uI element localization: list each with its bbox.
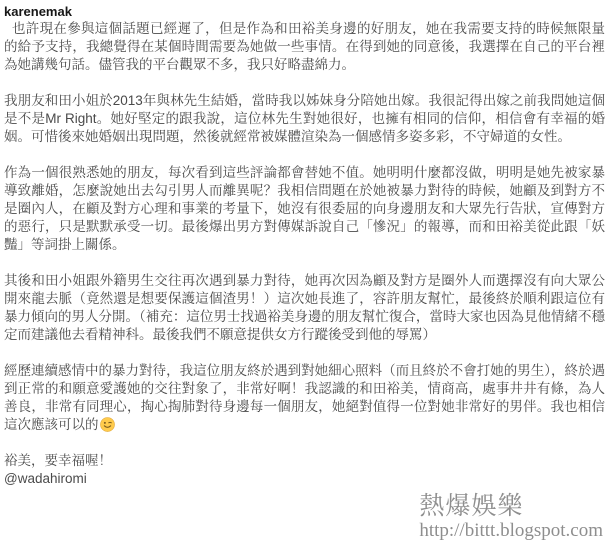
post-paragraph: 也許現在參與這個話題已經遲了，但是作為和田裕美身邊的好朋友，她在我需要支持的時候… — [4, 20, 605, 74]
post-author[interactable]: karenemak — [4, 3, 605, 20]
mention-handle[interactable]: @wadahiromi — [4, 471, 87, 486]
watermark-site-url: http://bittt.blogspot.com — [419, 520, 603, 541]
signoff-block: 裕美，要幸福喔！ @wadahiromi — [4, 452, 605, 488]
post-page: karenemak 也許現在參與這個話題已經遲了，但是作為和田裕美身邊的好朋友，… — [0, 0, 608, 543]
post-paragraph: 其後和田小姐跟外籍男生交往再次遇到暴力對待，她再次因為顧及對方是圈外人而選擇沒有… — [4, 272, 605, 344]
post-paragraph-text: 經歷連續感情中的暴力對待，我這位朋友終於遇到對她細心照料（而且終於不會打她的男生… — [4, 363, 605, 432]
post-paragraph: 作為一個很熟悉她的朋友，每次看到這些評論都會替她不值。她明明什麼都沒做，明明是她… — [4, 164, 605, 254]
signoff-text: 裕美，要幸福喔！ — [4, 453, 112, 468]
watermark: 熱爆娛樂 http://bittt.blogspot.com — [419, 494, 603, 541]
wink-smiley-emoji-icon — [100, 417, 115, 432]
post-body: karenemak 也許現在參與這個話題已經遲了，但是作為和田裕美身邊的好朋友，… — [0, 0, 608, 488]
watermark-site-name: 熱爆娛樂 — [419, 494, 603, 520]
post-paragraph: 我朋友和田小姐於2013年與林先生結婚，當時我以姊妹身分陪她出嫁。我很記得出嫁之… — [4, 92, 605, 146]
post-paragraph: 經歷連續感情中的暴力對待，我這位朋友終於遇到對她細心照料（而且終於不會打她的男生… — [4, 362, 605, 434]
